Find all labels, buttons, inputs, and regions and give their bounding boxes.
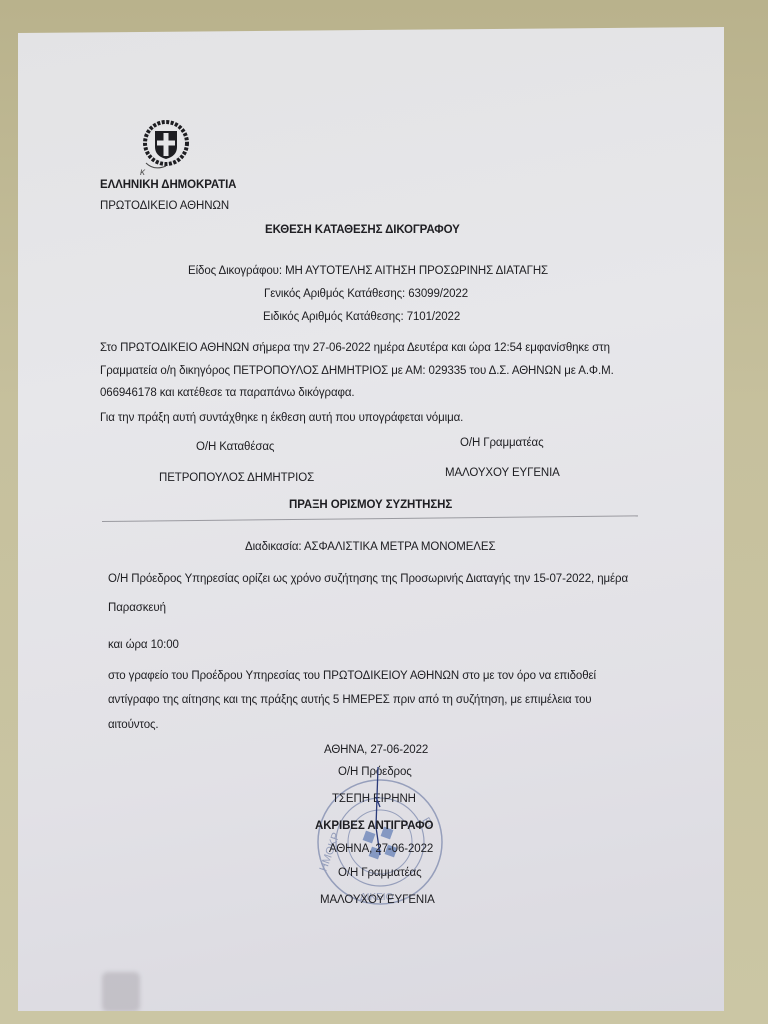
secretary-name: ΜΑΛΟΥΧΟΥ ΕΥΓΕΝΙΑ bbox=[445, 467, 560, 479]
country-name: ΕΛΛΗΝΙΚΗ ΔΗΜΟΚΡΑΤΙΑ bbox=[100, 179, 236, 191]
body-line: Γραμματεία ο/η δικηγόρος ΠΕΤΡΟΠΟΥΛΟΣ ΔΗΜ… bbox=[100, 365, 614, 377]
handwritten-mark: κ bbox=[140, 167, 145, 178]
field-label: Ειδικός Αριθμός Κατάθεσης: bbox=[263, 311, 404, 323]
field-label: Είδος Δικογράφου: bbox=[188, 265, 282, 277]
field-value: ΜΗ ΑΥΤΟΤΕΛΗΣ ΑΙΤΗΣΗ ΠΡΟΣΩΡΙΝΗΣ ΔΙΑΤΑΓΗΣ bbox=[285, 265, 548, 277]
body-line: 066946178 και κατέθεσε τα παραπάνω δικόγ… bbox=[100, 387, 355, 399]
body-line: Στο ΠΡΩΤΟΔΙΚΕΙΟ ΑΘΗΝΩΝ σήμερα την 27-06-… bbox=[100, 342, 610, 354]
hearing-time: και ώρα 10:00 bbox=[108, 639, 179, 651]
section2-title: ΠΡΑΞΗ ΟΡΙΣΜΟΥ ΣΥΖΗΤΗΣΗΣ bbox=[289, 499, 452, 511]
hearing-line: Ο/Η Πρόεδρος Υπηρεσίας ορίζει ως χρόνο σ… bbox=[108, 573, 628, 585]
location-line: αιτούντος. bbox=[108, 719, 159, 731]
place-date: ΑΘΗΝΑ, 27-06-2022 bbox=[324, 744, 428, 756]
hearing-line: Παρασκευή bbox=[108, 602, 166, 614]
document-title: ΕΚΘΕΣΗ ΚΑΤΑΘΕΣΗΣ ΔΙΚΟΓΡΑΦΟΥ bbox=[265, 224, 460, 236]
field-value: 7101/2022 bbox=[407, 311, 460, 323]
section-divider bbox=[102, 515, 638, 522]
document-page: κ ΕΛΛΗΝΙΚΗ ΔΗΜΟΚΡΑΤΙΑ ΠΡΩΤΟΔΙΚΕΙΟ ΑΘΗΝΩΝ… bbox=[18, 27, 724, 1011]
field-general-filing-number: Γενικός Αριθμός Κατάθεσης: 63099/2022 bbox=[264, 288, 468, 300]
field-special-filing-number: Ειδικός Αριθμός Κατάθεσης: 7101/2022 bbox=[263, 311, 460, 323]
copy-secretary-role: Ο/Η Γραμματέας bbox=[338, 867, 422, 879]
procedure-line: Διαδικασία: ΑΣΦΑΛΙΣΤΙΚΑ ΜΕΤΡΑ ΜΟΝΟΜΕΛΕΣ bbox=[245, 541, 495, 553]
secretary-role: Ο/Η Γραμματέας bbox=[460, 437, 544, 449]
closing-line: Για την πράξη αυτή συντάχθηκε η έκθεση α… bbox=[100, 412, 463, 424]
paper-shadow-smudge bbox=[102, 972, 140, 1012]
copy-place-date: ΑΘΗΝΑ, 27-06-2022 bbox=[329, 843, 433, 855]
field-label: Γενικός Αριθμός Κατάθεσης: bbox=[264, 288, 405, 300]
copy-secretary-name: ΜΑΛΟΥΧΟΥ ΕΥΓΕΝΙΑ bbox=[320, 894, 435, 906]
field-document-type: Είδος Δικογράφου: ΜΗ ΑΥΤΟΤΕΛΗΣ ΑΙΤΗΣΗ ΠΡ… bbox=[188, 265, 548, 277]
location-line: αντίγραφο της αίτησης και της πράξης αυτ… bbox=[108, 694, 591, 706]
depositor-role: Ο/Η Καταθέσας bbox=[196, 441, 274, 453]
certified-copy-label: ΑΚΡΙΒΕΣ ΑΝΤΙΓΡΑΦΟ bbox=[315, 820, 433, 832]
depositor-name: ΠΕΤΡΟΠΟΥΛΟΣ ΔΗΜΗΤΡΙΟΣ bbox=[159, 472, 314, 484]
location-line: στο γραφείο του Προέδρου Υπηρεσίας του Π… bbox=[108, 670, 596, 682]
court-name: ΠΡΩΤΟΔΙΚΕΙΟ ΑΘΗΝΩΝ bbox=[100, 200, 229, 212]
field-value: 63099/2022 bbox=[408, 288, 468, 300]
greek-coat-of-arms-icon bbox=[140, 119, 192, 171]
